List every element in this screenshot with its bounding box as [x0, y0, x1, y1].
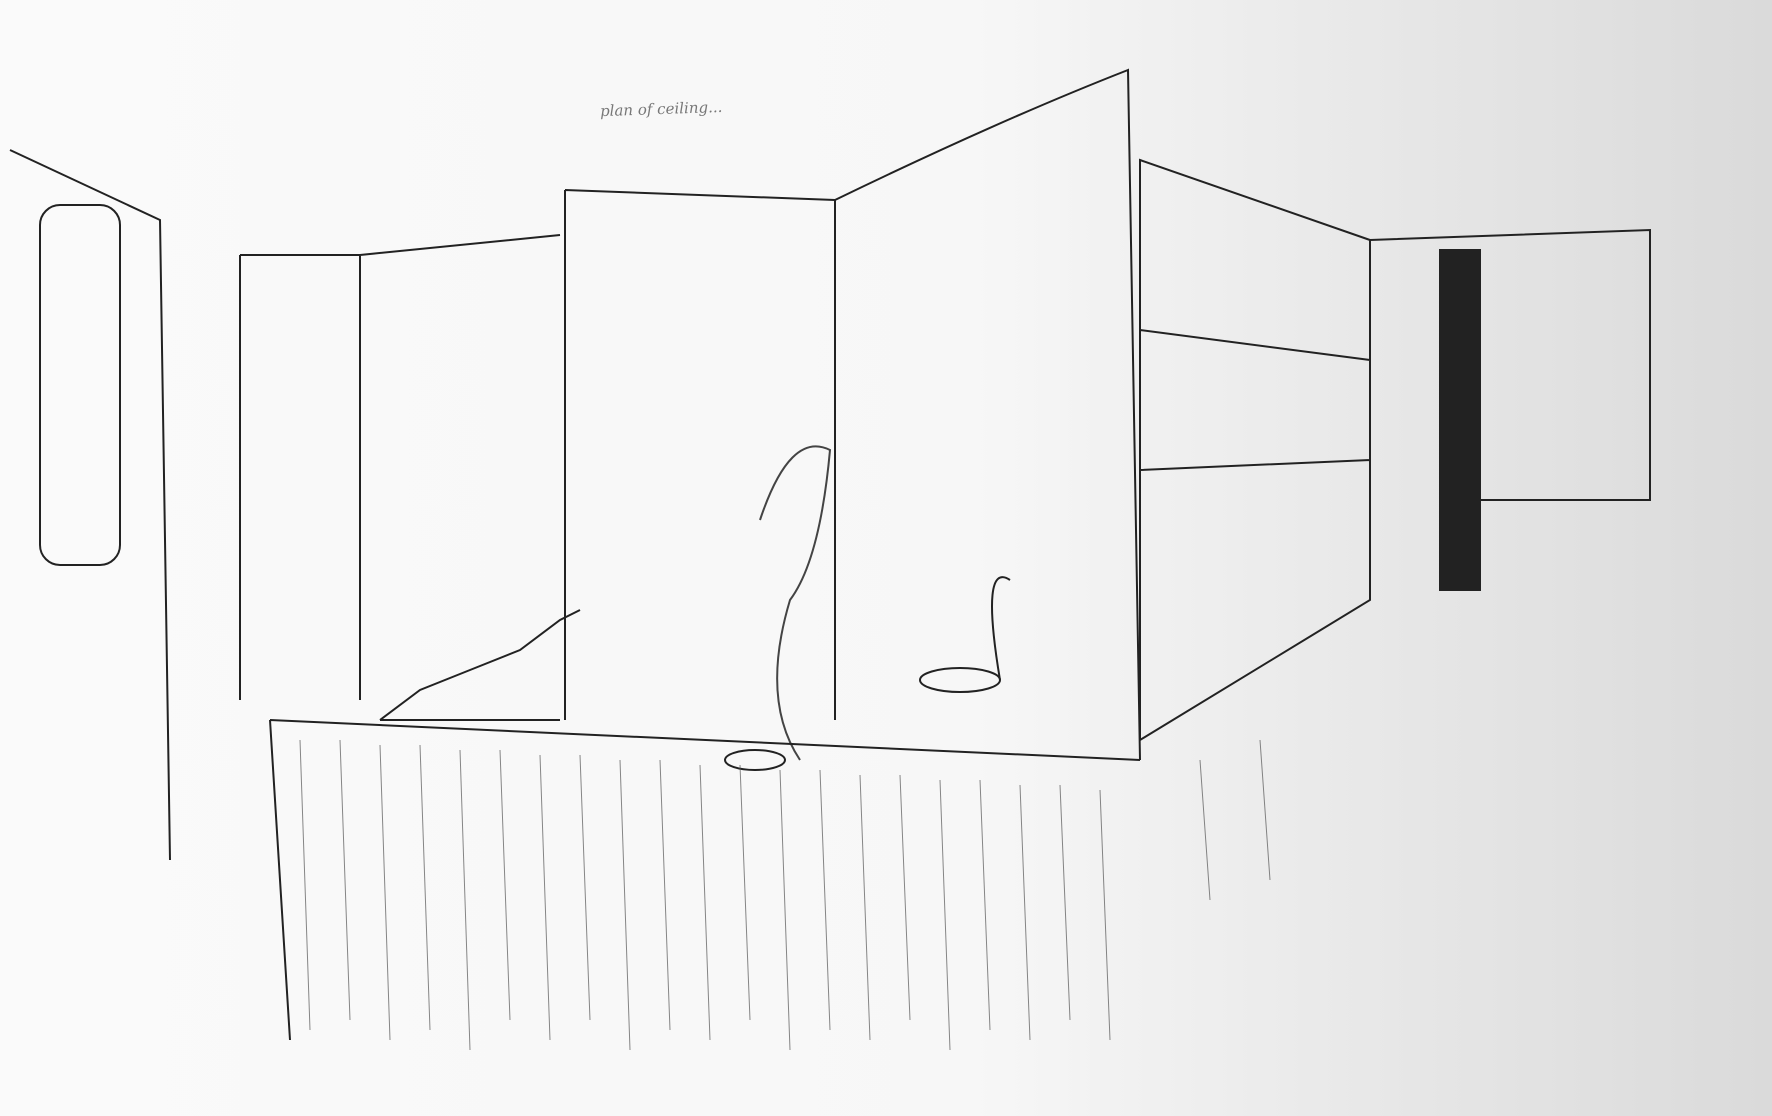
- back-opening: [1370, 230, 1650, 500]
- dark-column: [1440, 250, 1480, 590]
- stairs: [380, 610, 580, 720]
- platform-edge: [270, 720, 1140, 1040]
- left-wall-edge: [10, 150, 170, 860]
- seated-figure: [760, 446, 830, 760]
- bar-stool-seat: [920, 668, 1000, 692]
- partition-left: [240, 235, 560, 700]
- stool: [725, 750, 785, 770]
- chair-back: [992, 577, 1010, 680]
- shelving-unit: [1140, 160, 1370, 740]
- partition-center: [565, 70, 1140, 760]
- wall-picture-frame: [40, 205, 120, 565]
- sketch-linework: [0, 0, 1772, 1116]
- floor-hatching: [300, 740, 1270, 1050]
- sketch-drawing: plan of ceiling...: [0, 0, 1772, 1116]
